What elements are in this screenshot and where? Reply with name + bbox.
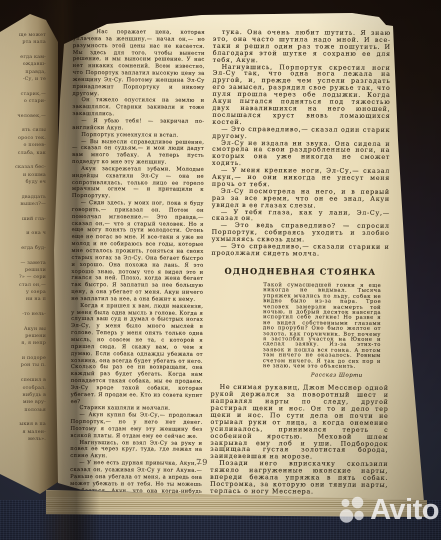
left-page-fragment-line: слаба, как: [0, 150, 46, 157]
left-page-fragment-line: отобрал.: [0, 385, 46, 392]
left-page-fragment-line: [0, 304, 46, 311]
left-page-fragment-line: вышел?—: [0, 201, 46, 208]
text-column-right: тука. Она очень любит шутить. Я знаю это…: [210, 30, 391, 497]
left-page-fragment-line: [0, 318, 46, 325]
text-column-left: — Нас поражает цена, которая уплачена за…: [70, 29, 205, 516]
left-page-fragment-line: правда,: [0, 69, 46, 76]
paragraph: Позади него вприскачку скользили тяжело …: [210, 461, 388, 497]
left-page-fragment-line: и подоре: [0, 355, 46, 362]
left-page-fragment-line: рта нала: [0, 39, 46, 46]
left-page-fragment-line: решени: [0, 333, 46, 340]
page-text-area: — Нас поражает цена, которая уплачена за…: [49, 9, 427, 509]
paragraph: Не снимая рукавиц, Джон Месснер одной ру…: [210, 385, 388, 462]
left-page-fragment-line: [0, 252, 46, 259]
left-page-fragment-line: старик,—: [0, 91, 46, 98]
paragraph: — Я убью тебя! — закричал по-английски А…: [72, 118, 204, 132]
left-page-fragment-line: [0, 47, 46, 54]
left-page-fragment-line: ни на п: [0, 296, 46, 303]
left-page-edge: ще может рта нала егда кам- ождавш- прав…: [0, 12, 58, 494]
left-page-fragment-line: нибудь в: [0, 392, 46, 399]
left-page-fragment-line: сказал бес-: [0, 164, 46, 171]
left-page-fragment-line: [0, 414, 46, 421]
paragraph: Акун заскрежетал зубами. Молодые индейцы…: [72, 166, 204, 201]
paragraph: — Акун купил бы Эл-Су,— продолжал Порпор…: [70, 412, 202, 440]
left-page-fragment-line: стал он,—: [0, 282, 46, 289]
left-page-fragment-line: решили: [0, 267, 46, 274]
left-page-fragment-line: [0, 348, 46, 355]
left-page-fragment-line: [0, 223, 46, 230]
left-page-fragment-line: рон ты п.: [0, 362, 46, 369]
left-page-fragment-line: и кошма: [0, 172, 46, 179]
left-page-fragment-line: — замета: [0, 260, 46, 267]
left-page-fragment-line: я, я непр: [0, 340, 46, 347]
left-page-fragment-line: ождавш-: [0, 61, 46, 68]
left-page-fragment-line: я мален-: [0, 429, 46, 436]
paragraph: — Сиди здесь, у моих ног, пока я буду го…: [71, 200, 204, 303]
left-page-fragment-line: [0, 157, 46, 164]
left-page-fragment-line: [0, 120, 46, 127]
left-page-fragment-line: ыкия в па: [0, 421, 46, 428]
left-page-fragment-line: ять силы: [0, 127, 46, 134]
page-number: 79: [187, 458, 217, 467]
paragraph: — У меня крепкие ноги, Эл-Су,— сказал Ак…: [212, 168, 390, 190]
paragraph: — Нас поражает цена, которая уплачена за…: [72, 29, 204, 98]
paragraph: Нагнувшись, он взял Эл-Су за руку и пове…: [70, 440, 202, 461]
avito-logo-icon: [339, 496, 366, 524]
left-page-fragment-line: -Су, и те: [0, 76, 46, 83]
left-page-fragment-line: ?» — сери: [0, 274, 46, 281]
left-page-fragment-line: [0, 208, 46, 215]
left-page-fragment-line: мель».: [0, 436, 46, 443]
left-page-text-fragments: ще может рта нала егда кам- ождавш- прав…: [0, 12, 58, 443]
left-page-fragment-line: -то нель-: [0, 311, 46, 318]
left-page-fragment-line: ще может: [0, 32, 46, 39]
left-page-fragment-line: мне вру-: [0, 399, 46, 406]
paragraph: Он тяжело опустился на землю и закашлялс…: [72, 97, 204, 118]
left-page-fragment-line: [0, 105, 46, 112]
left-page-fragment-line: егда кам-: [0, 54, 46, 61]
left-page-fragment-line: и она ч: [0, 230, 46, 237]
left-page-fragment-line: человек,—: [0, 113, 46, 120]
left-page-fragment-line: Акун вы: [0, 326, 46, 333]
left-page-fragment-line: егда буд-: [0, 245, 46, 252]
story-end-paragraphs: тука. Она очень любит шутить. Я знаю это…: [211, 30, 390, 259]
left-page-fragment-line: [0, 83, 46, 90]
epigraph: Такой сумасшедшей гонки я еще никогда не…: [263, 283, 382, 370]
left-page-fragment-line: буду еч: [0, 179, 46, 186]
left-page-fragment-line: спешил в: [0, 377, 46, 384]
left-page-fragment-line: оросо тек.: [0, 135, 46, 142]
left-page-fragment-line: ший гла-: [0, 216, 46, 223]
story-title: ОДНОДНЕВНАЯ СТОЯНКА: [211, 267, 389, 277]
book-photo: ще может рта нала егда кам- ождавш- прав…: [0, 0, 441, 540]
left-page-fragment-line: о стари-: [0, 98, 46, 105]
paragraph: Нагнувшись, Порпортук скрестил ноги Эл-С…: [212, 64, 390, 127]
right-page: — Нас поражает цена, которая уплачена за…: [52, 10, 427, 508]
avito-watermark: Avito: [339, 496, 439, 524]
left-page-fragment-line: двадцать: [0, 194, 46, 201]
left-page-fragment-line: [0, 370, 46, 377]
paragraph: — Это ведь справедливо? — спросил Порпор…: [212, 223, 390, 245]
left-page-fragment-line: у озера: [0, 289, 46, 296]
left-page-fragment-line: [0, 238, 46, 245]
avito-watermark-label: Avito: [370, 496, 439, 524]
paragraph: — Это справедливо,— сказали старики и пр…: [211, 244, 389, 259]
story-start-paragraphs: Не снимая рукавиц, Джон Месснер одной ру…: [210, 385, 389, 497]
paragraph: — Вы вынесли справедливое решение,— сказ…: [72, 138, 204, 166]
left-page-fragment-line: [0, 186, 46, 193]
paragraph: тука. Она очень любит шутить. Я знаю это…: [213, 30, 391, 66]
left-page-fragment-line: о понев-: [0, 142, 46, 149]
left-page-fragment-line: полозья: [0, 407, 46, 414]
epigraph-attribution: Рассказ Шорти: [211, 372, 363, 380]
paragraph: Эл-Су посмотрела на него, и в первый раз…: [212, 189, 390, 211]
paragraph: Эл-Су не издала ни звука. Она сидела и с…: [212, 140, 390, 169]
paragraph: Когда я пришел к вам, люди маккензи, у м…: [71, 303, 204, 406]
